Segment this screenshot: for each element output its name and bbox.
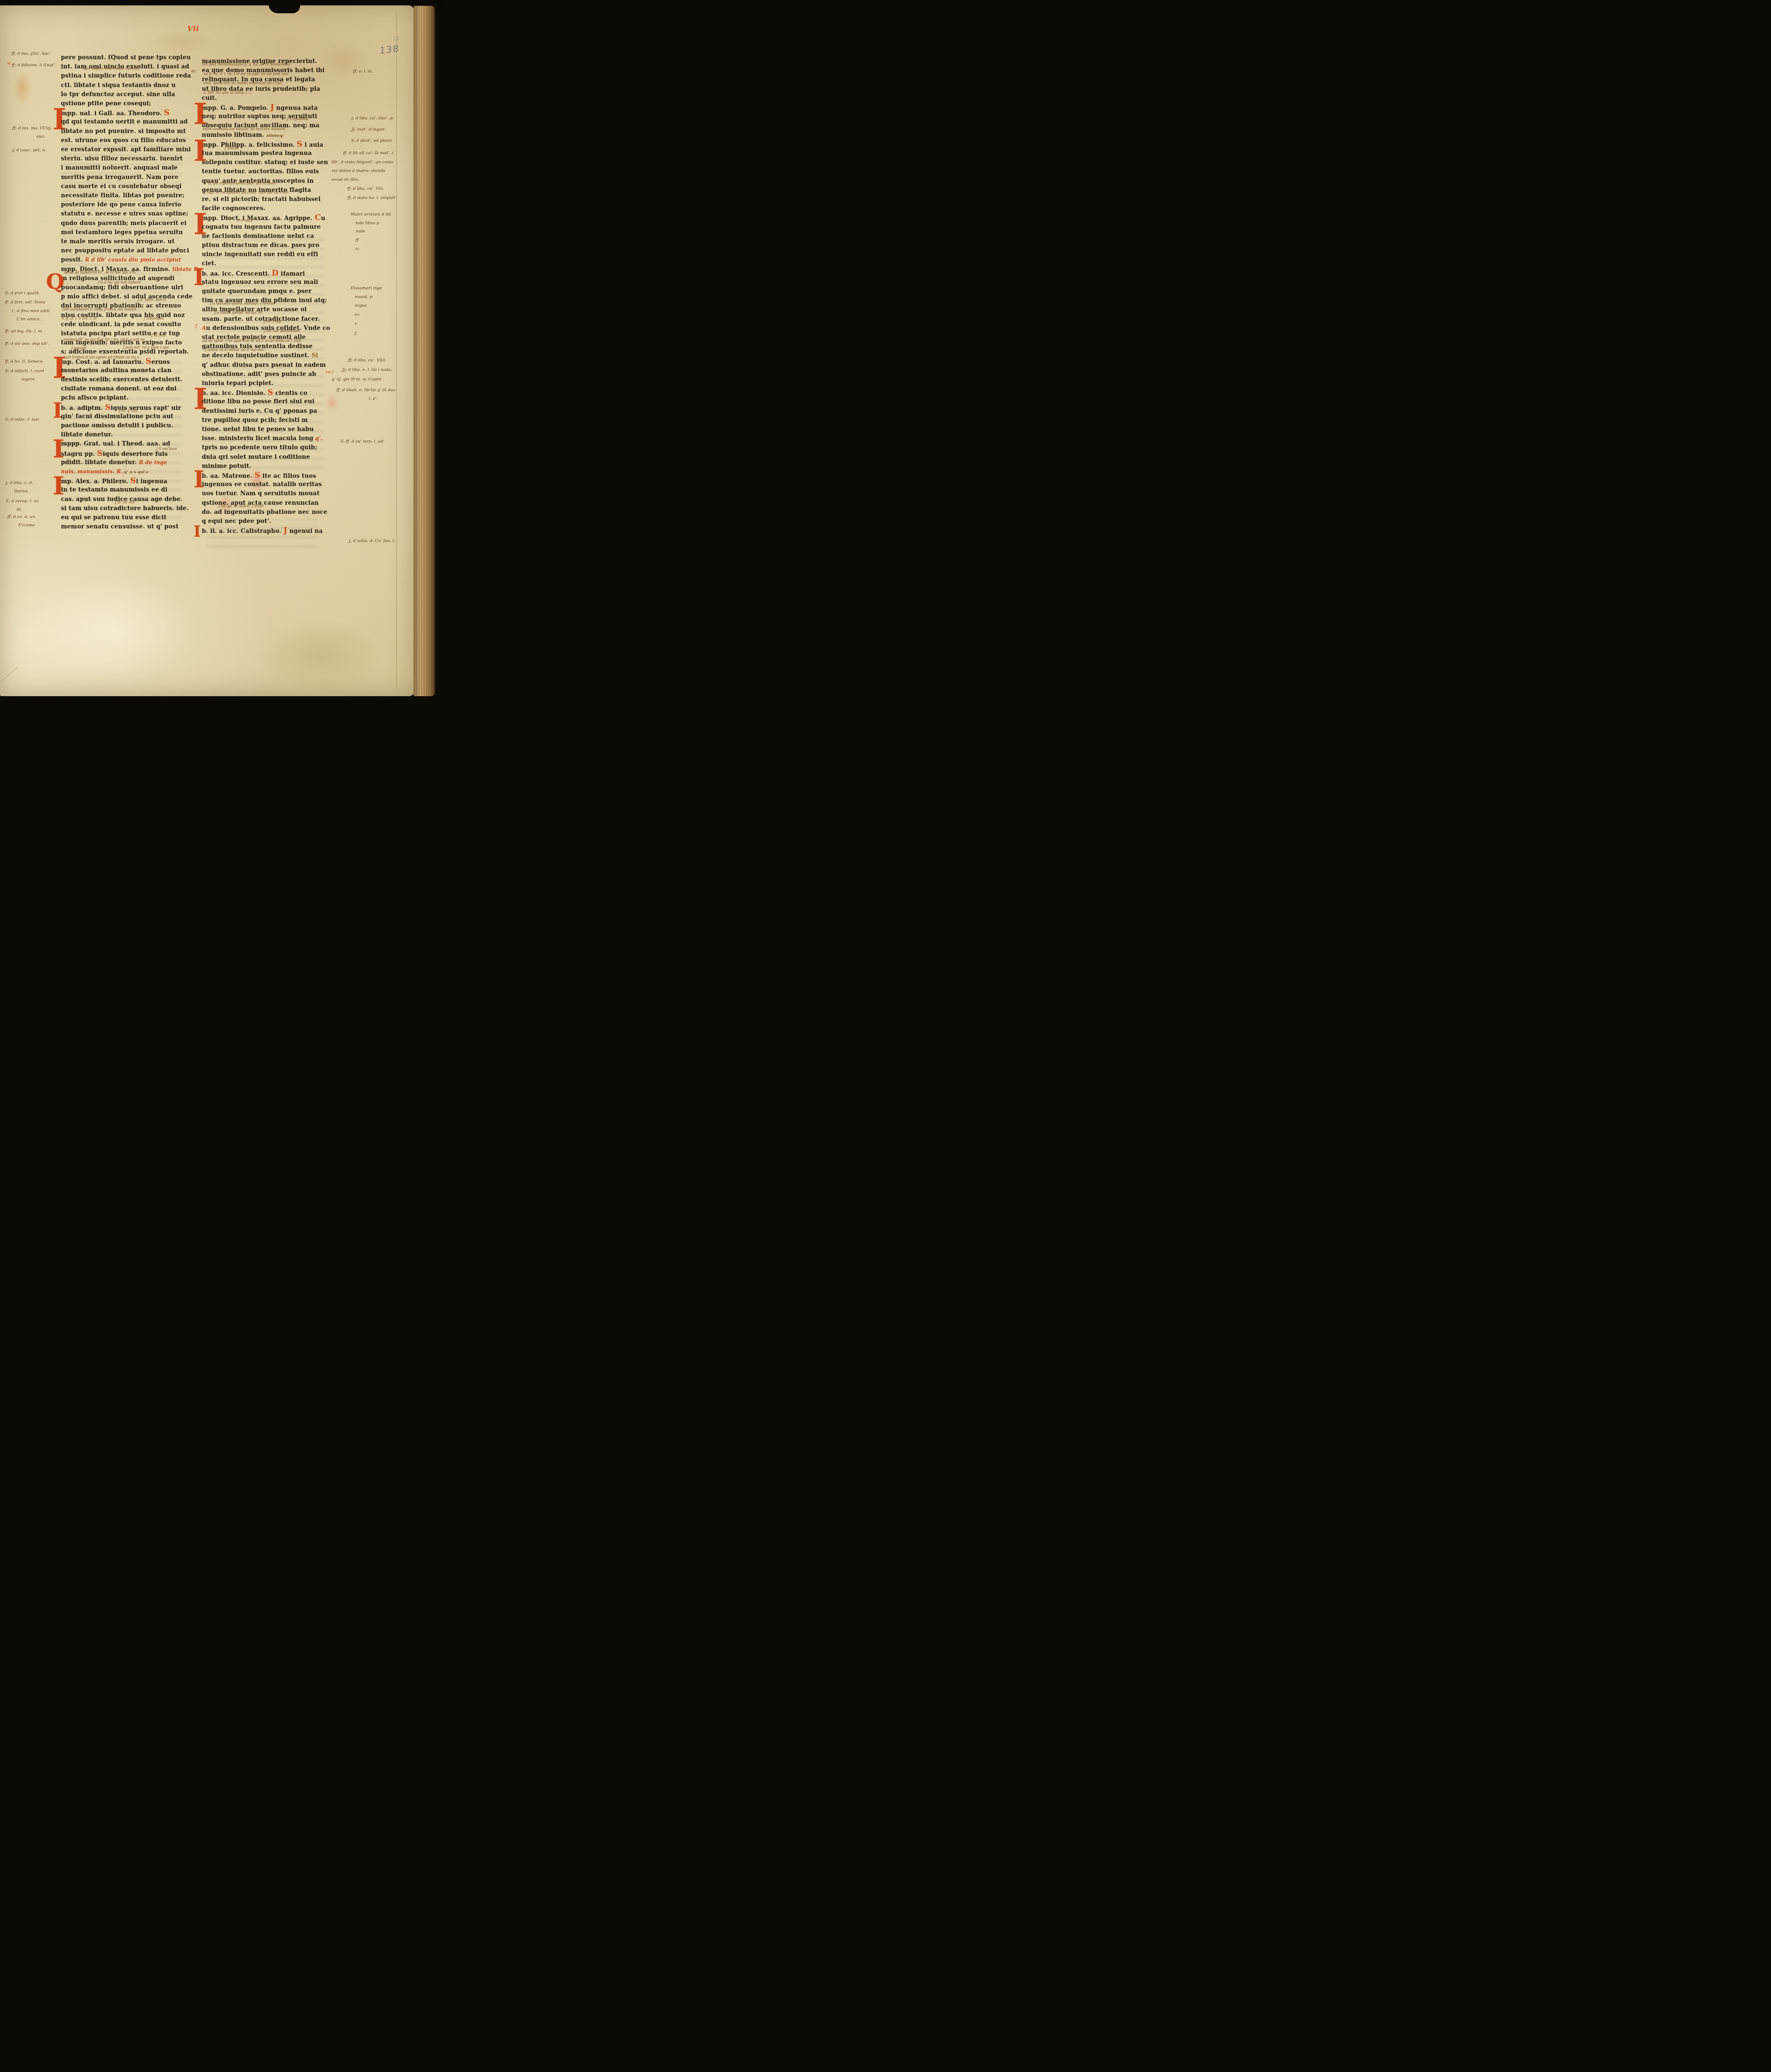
margin-note: S'icoma bbox=[18, 523, 35, 528]
text-line: moi testamtoru leges ppetua seruitu bbox=[61, 228, 183, 237]
margin-note: §; d pbat'. ad pbare bbox=[351, 138, 392, 143]
text-line: eu qui se patronu tuu esse dicit bbox=[61, 513, 167, 522]
text-run: q equi nec pdee pot'. bbox=[202, 518, 271, 525]
text-line: dnia qri solet mutare i coditione bbox=[202, 453, 310, 461]
text-run: steriu. uisu filioz necessariu. iuenirt bbox=[61, 155, 183, 162]
text-run: stagru pp. bbox=[61, 451, 97, 457]
interlinear-gloss: J loc sue possessiois bbox=[264, 329, 300, 333]
text-run: ditione libu no posse fieri siui eui bbox=[202, 398, 315, 405]
text-line: b. ii. a. icc. Calistrapho. J ngenui na bbox=[202, 526, 323, 535]
text-run: sollepniu costitur. statuq; ei iuste sen bbox=[202, 159, 328, 166]
margin-note: S; d p'er i qualit. bbox=[5, 291, 40, 296]
text-run: memor senatu censuisse. ut q' post bbox=[61, 523, 179, 530]
text-run: iquis desertore fuis bbox=[103, 451, 168, 457]
fold-crease bbox=[0, 666, 18, 699]
text-line: sollepniu costitur. statuq; ei iuste sen bbox=[202, 158, 328, 167]
text-run: re. si eli pictorib; tractati habuissel bbox=[202, 196, 320, 203]
text-line: qndo duus parentib; meis placuerit ei bbox=[61, 219, 187, 228]
stain bbox=[12, 71, 32, 104]
text-run: J bbox=[283, 526, 287, 535]
text-run: S bbox=[164, 108, 170, 117]
margin-note: j; d collu. d. Cu' fau. l; bbox=[349, 539, 395, 544]
interlinear-gloss: ſ bbox=[195, 324, 197, 329]
margin-note: j; d usuc. pet. n. bbox=[12, 148, 46, 153]
folio-number: 138 bbox=[379, 44, 400, 56]
text-run: ptiuu distractum ee dicas. pses pro bbox=[202, 242, 319, 249]
text-run: ne decelo inquietudine sustinet. bbox=[202, 352, 312, 359]
text-line: monetarios adultina moneta clan bbox=[61, 366, 172, 375]
margin-note: S; d infacti. l. curd bbox=[5, 369, 44, 374]
margin-note: j; bbox=[355, 331, 357, 336]
text-run: nec psuppositu eptate ad libtate pduci bbox=[61, 247, 189, 254]
text-line: qstione ptite pene cosequi; bbox=[61, 99, 151, 108]
margin-note: ff; d co. d. un. bbox=[7, 515, 36, 520]
text-run: obstinatione. adit' pses puincie ab bbox=[202, 371, 316, 378]
text-run: D bbox=[272, 269, 279, 278]
margin-note: rode bbox=[356, 229, 365, 234]
text-line: mp. Alex. a. Philero. Si ingenua bbox=[61, 477, 167, 486]
margin-note: ret debet d matre: deinde bbox=[332, 169, 385, 174]
interlinear-gloss: J ib' co' mn bbox=[115, 501, 135, 505]
interlinear-gloss: de' bbox=[191, 70, 196, 74]
interlinear-gloss: J od' ge' ui rabele' J Seuil' bbox=[218, 504, 264, 508]
margin-note: ff; d bo. li. Senece bbox=[5, 359, 43, 364]
text-run: ee erestator expssit. apt familiare mini bbox=[61, 146, 191, 153]
interlinear-gloss: oremus lib' eu soz ff q' fin i ma. ad li… bbox=[63, 338, 146, 342]
text-run: te male meritis seruis irrogare. ut bbox=[61, 238, 175, 245]
text-run: moi testamtoru leges ppetua seruitu bbox=[61, 229, 183, 236]
text-run: tentie tuetur. auctoritas. filios euis bbox=[202, 168, 319, 175]
margin-note: ff. d lib ali ca': Si mat'. i bbox=[343, 151, 393, 156]
interlinear-gloss: cum h'ettea d nm agndo ad libtate ue ita… bbox=[63, 356, 140, 360]
text-run: necessitate finita. libtas pot puenire; bbox=[61, 192, 184, 199]
text-run: i auia bbox=[303, 142, 323, 148]
interlinear-gloss: J Sillamano bbox=[144, 317, 164, 321]
text-line: b. aa. Matrone. S ite ac filios tuos bbox=[202, 471, 316, 480]
text-run: cti. libtate i siqua testantis dnoz u bbox=[61, 82, 176, 89]
margin-note: ff; d statu ho. l. ampult'. bbox=[347, 196, 398, 201]
text-line: cti. libtate i siqua testantis dnoz u bbox=[61, 81, 176, 90]
text-line: te male meritis seruis irrogare. ut bbox=[61, 237, 175, 246]
text-run: qndo duus parentib; meis placuerit ei bbox=[61, 220, 187, 227]
text-line: uincie ingenuitati sue reddi eu effi bbox=[202, 250, 318, 259]
margin-note: nuunt. p bbox=[355, 295, 373, 300]
margin-note: Jj; inst'. d ingen'. bbox=[351, 127, 387, 132]
text-line: qd qui testamto uertit e manumitti ad bbox=[61, 118, 188, 126]
margin-note: ff; d fort. uill' Testa bbox=[5, 300, 45, 305]
text-line: lo tpr defunctoz acceput. sine ulla bbox=[61, 90, 175, 99]
text-line: pstina i simplice futuris coditione reda bbox=[61, 72, 191, 80]
margin-note: ff; ad leg. lib. l. m. bbox=[5, 329, 43, 334]
text-line: dentissimi iuris e. Cu q' pponas pa bbox=[202, 407, 317, 415]
text-run: S bbox=[105, 403, 111, 412]
text-run: uos tuetur. Nam q seruitutis mouat bbox=[202, 490, 320, 497]
text-run: C bbox=[315, 213, 321, 222]
text-run: monetarios adultina moneta clan bbox=[61, 367, 172, 374]
background-top bbox=[0, 0, 443, 5]
interlinear-gloss: J a cuicta ipellat' no uic' to' bbox=[214, 311, 263, 315]
text-run: libtate no pot puenire. si imposito mt bbox=[61, 128, 186, 135]
text-line: pactione omissu detulit i publicu. bbox=[61, 421, 173, 430]
text-line: posteriore ide qo pene causa inferio bbox=[61, 201, 181, 209]
margin-note: S; d recop. l. or. bbox=[6, 499, 39, 504]
margin-note: j; d liba. ca'. libo'. p. bbox=[351, 116, 394, 121]
text-line: casu morte ei cu cosulebatur obseqi bbox=[61, 182, 182, 191]
text-run: cientis co bbox=[273, 390, 307, 397]
text-line: q' adhuc diuisa pars pseuat in eadem bbox=[202, 361, 326, 369]
text-run: Si bbox=[312, 352, 318, 359]
margin-note: j; d liba. c. d. bbox=[6, 481, 33, 486]
interlinear-gloss: ual de sprat' s ho quat kno ill' un t' u… bbox=[202, 339, 302, 343]
text-line: re. si eli pictorib; tractati habuissel bbox=[202, 195, 320, 203]
interlinear-gloss: J ii d his qui non habent bbox=[98, 281, 141, 285]
text-run: u bbox=[321, 215, 325, 222]
text-run: R de inge bbox=[139, 459, 167, 465]
text-line: ee erestator expssit. apt familiare mini bbox=[61, 145, 191, 154]
text-line: stagru pp. Siquis desertore fuis bbox=[61, 449, 168, 458]
text-run: si tam uisu cotradictore habueris. ide. bbox=[61, 505, 189, 512]
text-run: lo tpr defunctoz acceput. sine ulla bbox=[61, 91, 175, 98]
margin-note: lib'. d statu litigant'. qn costa bbox=[332, 160, 393, 165]
text-run: q' n o qui s bbox=[123, 470, 148, 474]
margin-note: ff; d fidicom. li Gnat'. bbox=[12, 63, 56, 68]
margin-note: Matri sentiam d lib bbox=[351, 212, 391, 217]
interlinear-gloss: h' ut qui ingenuis uelut uiua' qui in bo… bbox=[204, 182, 276, 186]
text-line: si tam uisu cotradictore habueris. ide. bbox=[61, 504, 189, 513]
text-run: pere possunt. ſQuod si pene tps copleu bbox=[61, 54, 191, 61]
interlinear-gloss: J ii. ultro. non li bbox=[138, 298, 165, 302]
text-line: tentie tuetur. auctoritas. filios euis bbox=[202, 167, 319, 176]
text-run: facile cognosceres. bbox=[202, 205, 265, 212]
text-run: dentissimi iuris e. Cu q' pponas pa bbox=[202, 408, 317, 414]
text-line: ditione libu no posse fieri siui eui bbox=[202, 397, 315, 406]
text-line: in te testamto manumissis ee di bbox=[61, 486, 167, 494]
text-line: libtate donetur. bbox=[61, 431, 113, 439]
text-run: minime potuit. bbox=[202, 463, 251, 470]
text-run: A bbox=[202, 325, 206, 331]
text-run: mp. Alex. a. Philero. bbox=[61, 478, 130, 485]
text-line: necessitate finita. libtas pot puenire; bbox=[61, 191, 184, 200]
text-line: isse. ministeriu licet macula long q'. bbox=[202, 434, 322, 443]
text-run: in te testamto manumissis ee di bbox=[61, 487, 167, 493]
text-run: numissio libtinam. bbox=[202, 132, 266, 138]
text-column-right: manumissione origine repecierint.ea que … bbox=[202, 57, 329, 542]
text-line: nec psuppositu eptate ad libtate pduci bbox=[61, 247, 189, 255]
text-run: eu qui se patronu tuu esse dicit bbox=[61, 514, 167, 521]
text-run: b. aa. icc. Dionisio. bbox=[202, 390, 267, 397]
text-line: tpris no pcedente uero titulo quib; bbox=[202, 443, 317, 452]
margin-note: ff. d libali. e. lib'tis q' Si duo bbox=[337, 388, 395, 393]
text-line: tre pupilloz quoz pcib; fecisti m bbox=[202, 416, 308, 424]
text-run: meritis pena irrogauerit. Nam pore bbox=[61, 174, 179, 181]
text-run: S bbox=[97, 449, 103, 458]
text-run: dnia qri solet mutare i coditione bbox=[202, 454, 310, 460]
text-run: S bbox=[145, 357, 151, 366]
margin-note: Jj; d liba. e. l. iiii i iusta. bbox=[342, 368, 392, 373]
stain bbox=[7, 61, 11, 65]
text-line: p mio affici debet. si adul ascenda cede bbox=[61, 293, 193, 301]
text-run: pstina i simplice futuris coditione reda bbox=[61, 73, 191, 79]
background-notch bbox=[269, 3, 300, 13]
text-run: eruos bbox=[151, 359, 170, 366]
text-run: pdidit. libtate donetur. bbox=[61, 459, 139, 466]
text-run: qd qui testamto uertit e manumitti ad bbox=[61, 119, 188, 125]
text-run: libtate donetur. bbox=[61, 431, 113, 438]
margin-note: ff; d liba. ca'. Viii. bbox=[347, 186, 384, 191]
text-run: mpp. ual. i Gall. aa. Theodoro. bbox=[61, 110, 164, 117]
margin-note: oscat de filio. bbox=[332, 177, 360, 182]
stain bbox=[257, 618, 381, 693]
text-run: ite ac filios tuos bbox=[260, 473, 316, 479]
text-line: mpp. Dioct. i Maxax. aa. Agrippe. Cu bbox=[202, 213, 325, 223]
text-run: ngenui na bbox=[287, 528, 323, 535]
margin-note: legere bbox=[22, 377, 35, 382]
text-line: gnitate quorundam pmqu e. pser bbox=[202, 287, 312, 295]
interlinear-gloss: o. ffid' his que ut indig. l. i. bbox=[204, 91, 252, 95]
text-run: cede uindicant. ia pde senat cosulto bbox=[61, 321, 181, 328]
interlinear-gloss: que duplex erat inutile cum ea bbox=[84, 67, 138, 71]
text-run: mppp. Grat. ual. i Theod. aaa. ad bbox=[61, 441, 170, 447]
text-line: do. ad ingenuitatis pbatione nec noce bbox=[202, 508, 327, 516]
interlinear-gloss: J fa ctui bbox=[151, 334, 165, 338]
text-line: usam. parte. ut cotradictione facer. bbox=[202, 315, 320, 323]
text-line: q equi nec pdee pot'. bbox=[202, 517, 271, 525]
interlinear-gloss: J S om'liere bbox=[156, 447, 177, 451]
text-line: nuis. manumissis. R. q' n o qui s bbox=[61, 467, 148, 477]
margin-note: suo. bbox=[36, 134, 45, 139]
text-line: numissio libtinam. stioneq; bbox=[202, 131, 284, 140]
text-run: tione. uelut libu te penes se habu bbox=[202, 426, 314, 433]
text-run: nuis. manumissis. R. bbox=[61, 468, 123, 474]
margin-note: tate libus p bbox=[356, 221, 379, 226]
interlinear-gloss: o. ff. d. l. o Sill. l. iii bbox=[62, 317, 97, 321]
text-line: ciuitate romana donent. ut eoz dni bbox=[61, 385, 177, 393]
text-run: casu morte ei cu cosulebatur obseqi bbox=[61, 183, 182, 190]
text-column-left: pere possunt. ſQuod si pene tps copleuin… bbox=[61, 53, 188, 534]
text-run: gin' facni dissimulatione pctu aut bbox=[61, 413, 173, 420]
margin-note: ff; e. l. m. bbox=[353, 69, 373, 74]
interlinear-gloss: J S epissime bbox=[287, 117, 308, 121]
margin-note: ca.) bbox=[326, 370, 334, 375]
text-run: possit. bbox=[61, 257, 85, 263]
text-line: gin' facni dissimulatione pctu aut bbox=[61, 412, 173, 421]
fold-crease bbox=[396, 13, 397, 689]
text-line: cognatu tuu ingenuu factu palmure bbox=[202, 223, 321, 231]
text-run: qstione ptite pene cosequi; bbox=[61, 100, 151, 107]
text-line: tua manumissam postea ingenua bbox=[202, 149, 312, 157]
text-run: ingenuos ee constat. natalib ueritas bbox=[202, 481, 322, 488]
text-run: ne factionis dominatione uelut ca bbox=[202, 233, 314, 240]
interlinear-gloss: J amire cu ei debut' ne u' mo me. bbox=[205, 348, 264, 352]
text-run: q' adhuc diuisa pars pseuat in eadem bbox=[202, 362, 326, 368]
text-run: est. utrune eos quos cu filio educatos bbox=[61, 137, 186, 144]
text-run: destinis scelib; exercentes detulerit. bbox=[61, 376, 182, 383]
margin-note: e; bbox=[356, 247, 359, 252]
text-run: p mio affici debet. si adul ascenda cede bbox=[61, 293, 193, 300]
margin-note: ez bbox=[355, 312, 359, 317]
book-numeral: Vii bbox=[187, 25, 199, 33]
text-line: mpp. Philipp. a. felicissimo. S i auia bbox=[202, 140, 323, 149]
text-run: iniuria tepari pcipiet. bbox=[202, 380, 274, 387]
margin-note: niquu bbox=[355, 303, 367, 308]
text-run: J bbox=[270, 103, 274, 112]
stain bbox=[25, 577, 199, 685]
margin-note: Dissamari inge bbox=[351, 286, 382, 291]
text-line: b. aa. icc. Dionisio. S cientis co bbox=[202, 388, 308, 397]
margin-note: S. ff. d su' mrp. l. ub' bbox=[341, 439, 385, 444]
text-line: possit. R d lib' causis diu pmio accipiu… bbox=[61, 256, 181, 264]
text-run: R d lib' causis diu pmio accipiut bbox=[85, 257, 181, 263]
text-run: usam. parte. ut cotradictione facer. bbox=[202, 316, 320, 322]
text-run: uincie ingenuitati sue reddi eu effi bbox=[202, 251, 318, 258]
margin-note: q' iij. giv ih'm. iv. Cuptn'. bbox=[332, 377, 384, 382]
text-run: tpris no pcedente uero titulo quib; bbox=[202, 444, 317, 451]
text-run: q'. bbox=[313, 435, 322, 441]
text-run: pactione omissu detulit i publicu. bbox=[61, 422, 173, 429]
text-run: statutu e. necesse e uires suas optine; bbox=[61, 211, 188, 217]
folio-mark: 12 bbox=[392, 35, 400, 43]
margin-note: r. bbox=[355, 322, 358, 327]
text-run: ngenua nata bbox=[274, 105, 318, 111]
margin-note: ff; d uic pos. dep ub'. bbox=[5, 341, 49, 346]
text-line: puocandamq; fidi obseruantione uiri bbox=[61, 283, 183, 292]
text-run: pciu afisco pcipiant. bbox=[61, 395, 128, 401]
text-line: ne decelo inquietudine sustinet. Si bbox=[202, 351, 318, 360]
text-run: ifamari bbox=[279, 271, 305, 277]
margin-note: ff bbox=[356, 238, 359, 243]
text-run: mpp. G. a. Pompeio. bbox=[202, 105, 270, 111]
text-line: mpp. ual. i Gall. aa. Theodoro. S bbox=[61, 109, 170, 118]
text-run: isse. ministeriu licet macula long bbox=[202, 435, 313, 442]
text-run: S bbox=[297, 140, 303, 149]
text-run: mpp. Philipp. a. felicissimo. bbox=[202, 142, 297, 148]
text-line: facile cognosceres. bbox=[202, 204, 265, 213]
text-run: stioneq; bbox=[266, 134, 284, 138]
interlinear-gloss: J pcio nih' rei z eptu z qui bbox=[123, 346, 169, 350]
text-run: tua manumissam postea ingenua bbox=[202, 150, 312, 157]
text-run: tre pupilloz quoz pcib; fecisti m bbox=[202, 417, 308, 424]
text-line: est. utrune eos quos cu filio educatos bbox=[61, 136, 186, 145]
stain bbox=[149, 30, 216, 55]
margin-note: ff; d liba. ca'. Viiii. bbox=[348, 358, 386, 363]
interlinear-gloss: enis. quasi illic ue metus negociaui de … bbox=[204, 81, 282, 85]
text-line: ne factionis dominatione uelut ca bbox=[202, 232, 314, 240]
text-run: S bbox=[254, 471, 260, 480]
interlinear-gloss: ua ff. ex' e' l. ru. I st est cu patr nu… bbox=[204, 72, 288, 76]
text-line: libtate no pot puenire. si imposito mt bbox=[61, 127, 186, 136]
text-run: puocandamq; fidi obseruantione uiri bbox=[61, 284, 183, 291]
text-run: b. aa. icc. Crescenti. bbox=[202, 271, 272, 277]
text-line: b. aa. icc. Crescenti. D ifamari bbox=[202, 269, 305, 278]
text-run: cognatu tuu ingenuu factu palmure bbox=[202, 224, 321, 230]
text-line: obstinatione. adit' pses puincie ab bbox=[202, 370, 316, 378]
text-line: mppp. Grat. ual. i Theod. aaa. ad bbox=[61, 440, 170, 448]
text-run: ciuitate romana donent. ut eoz dni bbox=[61, 385, 177, 392]
text-line: mpp. G. a. Pompeio. J ngenua nata bbox=[202, 103, 318, 112]
text-run: statu ingenuoz seu errore seu mali bbox=[202, 279, 318, 286]
interlinear-gloss: J Stacto bbox=[225, 146, 239, 150]
text-line: i manumitti noluerit. anquasi male bbox=[61, 164, 178, 172]
interlinear-gloss: J ib; q' etti bbox=[119, 409, 138, 413]
initial-letter: I bbox=[194, 525, 201, 538]
text-line: statu ingenuoz seu errore seu mali bbox=[202, 278, 318, 286]
interlinear-gloss: se ue ad supiorem hr'. se in hoc qui h'm bbox=[64, 271, 136, 275]
text-run: S bbox=[130, 476, 136, 485]
margin-note: i'; d fine man addi. bbox=[12, 309, 51, 314]
text-line: ptiuu distractum ee dicas. pses pro bbox=[202, 241, 319, 249]
margin-note: ff; d tes. ma. CCiij. bbox=[12, 126, 51, 131]
text-run: gnitate quorundam pmqu e. pser bbox=[202, 288, 312, 295]
text-run: b. ii. a. icc. Calistrapho. bbox=[202, 528, 283, 535]
margin-note: S; d infac. t' iusi bbox=[5, 417, 39, 422]
text-run: i manumitti noluerit. anquasi male bbox=[61, 165, 178, 171]
interlinear-gloss: S ir nato bbox=[237, 219, 252, 223]
text-run: do. ad ingenuitatis pbatione nec noce bbox=[202, 509, 327, 516]
text-line: memor senatu censuisse. ut q' post bbox=[61, 523, 179, 531]
text-line: steriu. uisu filioz necessariu. iuenirt bbox=[61, 155, 183, 163]
text-line: cede uindicant. ia pde senat cosulto bbox=[61, 320, 181, 329]
text-line: meritis pena irrogauerit. Nam pore bbox=[61, 173, 179, 182]
manuscript-photo: Vii 138 12 pere possunt. ſQuod si pene t… bbox=[0, 0, 443, 699]
text-line: tione. uelut libu te penes se habu bbox=[202, 425, 314, 433]
text-line: pere possunt. ſQuod si pene tps copleu bbox=[61, 53, 191, 62]
text-line: ingenuos ee constat. natalib ueritas bbox=[202, 480, 322, 489]
text-run: posteriore ide qo pene causa inferio bbox=[61, 201, 181, 208]
margin-note: l. e'. bbox=[369, 397, 378, 402]
interlinear-gloss: Set post manumissione g' q' lta. ex re m… bbox=[202, 63, 290, 67]
margin-note: L'im obnce. bbox=[17, 317, 41, 322]
text-line: pciu afisco pcipiant. bbox=[61, 394, 128, 402]
interlinear-gloss: q' opp' se recupasset pscriunt' nate oio… bbox=[203, 191, 290, 195]
margin-note: lborist. bbox=[14, 489, 29, 494]
margin-note: ld. bbox=[17, 507, 22, 512]
text-line: statutu e. necesse e uires suas optine; bbox=[61, 210, 188, 218]
interlinear-gloss: J sic t sup' bbox=[264, 320, 282, 324]
text-line: minime potuit. bbox=[202, 462, 251, 470]
book-fore-edge bbox=[414, 6, 435, 696]
text-line: iniuria tepari pcipiet. bbox=[202, 379, 274, 387]
interlinear-gloss: J u succede altero. moritur. i remoto bbox=[210, 302, 275, 306]
parchment-page: Vii 138 12 pere possunt. ſQuod si pene t… bbox=[0, 5, 415, 696]
text-line: destinis scelib; exercentes detulerit. bbox=[61, 375, 182, 384]
text-run: b. a. adiptm. bbox=[61, 405, 105, 411]
interlinear-gloss: enim costitutu est natalib' no noscere m… bbox=[203, 127, 286, 131]
text-line: uos tuetur. Nam q seruitutis mouat bbox=[202, 489, 320, 498]
text-line: pdidit. libtate donetur. R de inge bbox=[61, 458, 167, 467]
interlinear-gloss: J presidi bbox=[71, 346, 86, 351]
text-run: b. aa. Matrone. bbox=[202, 473, 254, 479]
interlinear-gloss: cum accusareri t. retoz fi sticu mii mal… bbox=[62, 307, 136, 312]
text-run: S bbox=[267, 388, 273, 397]
text-run: i ingenua bbox=[136, 478, 167, 485]
text-run: mpp. Dioct. i Maxax. aa. Agrippe. bbox=[202, 215, 315, 222]
margin-note: ff; d ma. ySu'. hac. bbox=[12, 51, 51, 56]
